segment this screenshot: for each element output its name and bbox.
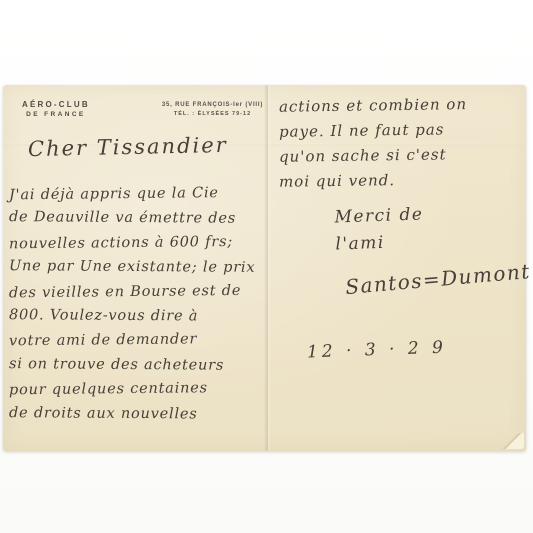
signature: Santos=Dumont xyxy=(344,259,531,299)
handwritten-line: pour quelques centaines xyxy=(9,376,261,403)
handwritten-line: moi qui vend. xyxy=(279,166,529,194)
handwritten-line: nouvelles actions à 600 frs; xyxy=(9,229,261,256)
letterhead-street-address: 35, RUE FRANÇOIS-Ier (VIII) xyxy=(155,102,270,108)
bottom-right-corner-fold xyxy=(502,433,524,449)
body-right-column: actions et combien on paye. Il ne faut p… xyxy=(279,93,529,193)
handwritten-line: actions et combien on xyxy=(279,91,529,119)
date-line: 12 · 3 · 2 9 xyxy=(307,338,448,363)
letterhead-org-name: AÉRO-CLUB xyxy=(22,100,90,109)
closing-line: Merci de xyxy=(334,201,424,231)
handwritten-line: qu'on sache si c'est xyxy=(279,141,529,169)
letterhead-organization: AÉRO-CLUB DE FRANCE xyxy=(22,100,90,118)
handwritten-line: de Deauville va émettre des xyxy=(9,206,261,232)
letterhead-address-block: 35, RUE FRANÇOIS-Ier (VIII) TÉL. : ÉLYSÉ… xyxy=(155,102,270,117)
greeting: Cher Tissandier xyxy=(28,133,228,161)
handwritten-line: paye. Il ne faut pas xyxy=(279,116,529,144)
handwritten-line: si on trouve des acheteurs xyxy=(9,352,261,378)
closing-line: l'ami xyxy=(335,228,425,258)
closing-block: Merci de l'ami xyxy=(334,201,425,258)
letter-paper: AÉRO-CLUB DE FRANCE 35, RUE FRANÇOIS-Ier… xyxy=(3,85,526,451)
letterhead-phone: TÉL. : ÉLYSÉES 79-12 xyxy=(155,111,270,117)
handwritten-line: des vieilles en Bourse est de xyxy=(9,278,261,305)
center-fold-crease xyxy=(264,85,270,451)
handwritten-line: de droits aux nouvelles xyxy=(9,401,261,427)
handwritten-line: 800. Voulez-vous dire à xyxy=(9,303,261,329)
letterhead-org-country: DE FRANCE xyxy=(22,111,90,118)
handwritten-line: J'ai déjà appris que la Cie xyxy=(9,181,261,208)
body-left-column: J'ai déjà appris que la Cie de Deauville… xyxy=(9,182,261,426)
handwritten-line: Une par Une existante; le prix xyxy=(9,254,261,280)
handwritten-line: votre ami de demander xyxy=(9,327,261,354)
